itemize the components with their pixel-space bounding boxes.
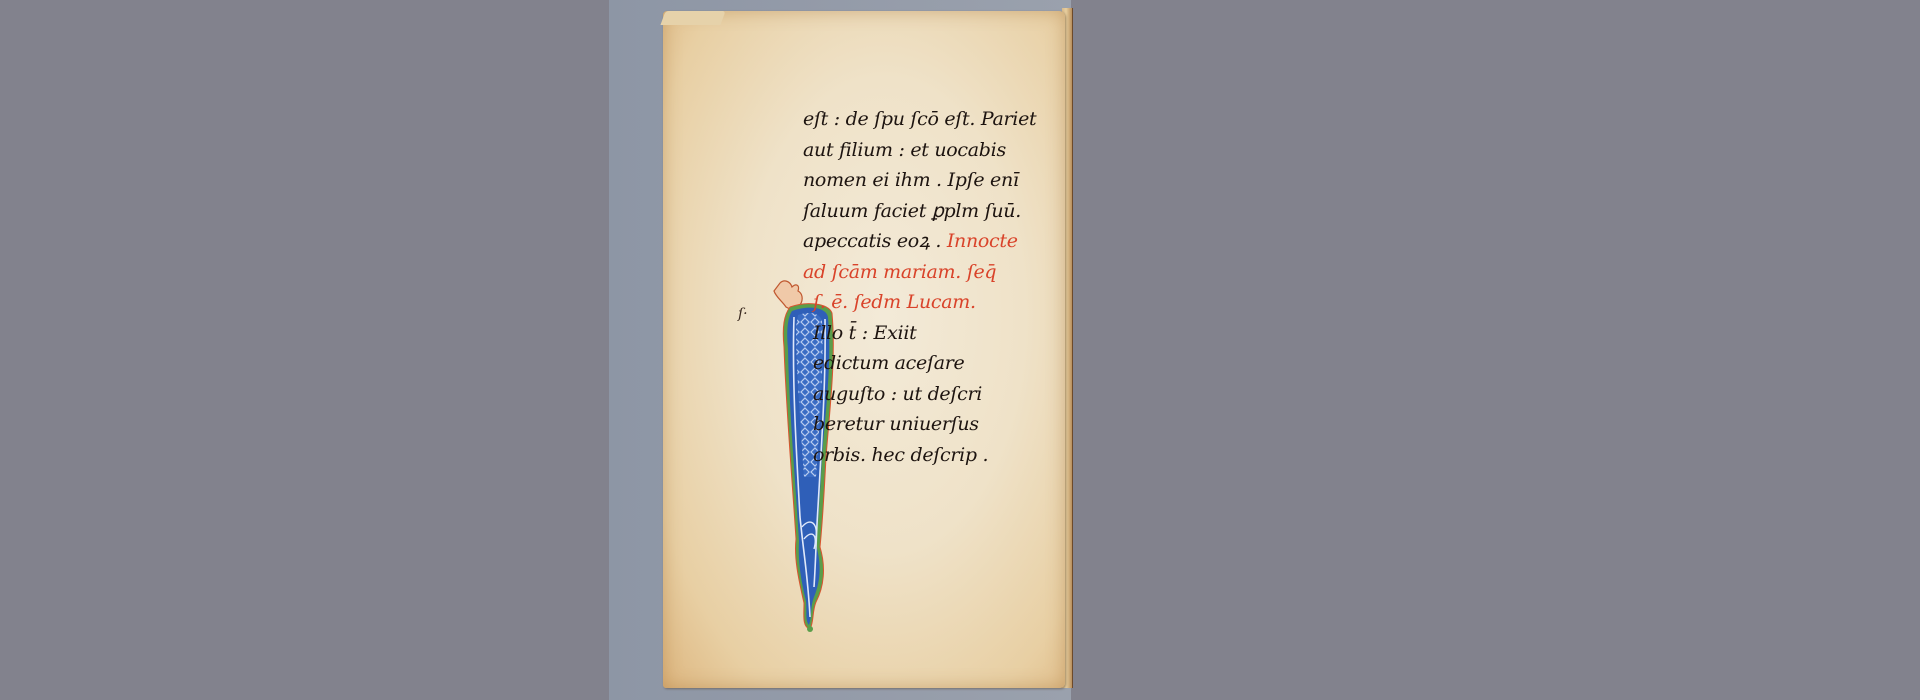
text-line: nomen ei ihm . Ipſe enī (803, 165, 1043, 196)
text-line: Illo t̄ : Exiit (803, 318, 1043, 349)
marginal-note: ſ· (738, 306, 748, 322)
text-line: apeccatis eoꝝ . Innocte (803, 226, 1043, 257)
rubric-line: ſ. ē. ſedm Lucam. (803, 287, 1043, 318)
manuscript-text: eſt : de ſpu ſcō eſt. Pariet aut filium … (803, 104, 1043, 470)
text-line: edictum aceſare (803, 348, 1043, 379)
text-line: auguſto : ut deſcri (803, 379, 1043, 410)
text-line: ſaluum faciet ꝑplm ſuū. (803, 196, 1043, 227)
text-line: beretur uniuerſus (803, 409, 1043, 440)
text-line: eſt : de ſpu ſcō eſt. Pariet (803, 104, 1043, 135)
text-line: orbis. hec deſcrip . (803, 440, 1043, 471)
text-line: aut filium : et uocabis (803, 135, 1043, 166)
rubric-text: Innocte (947, 230, 1018, 252)
rubric-line: ad ſcām mariam. ſeq̄ (803, 257, 1043, 288)
